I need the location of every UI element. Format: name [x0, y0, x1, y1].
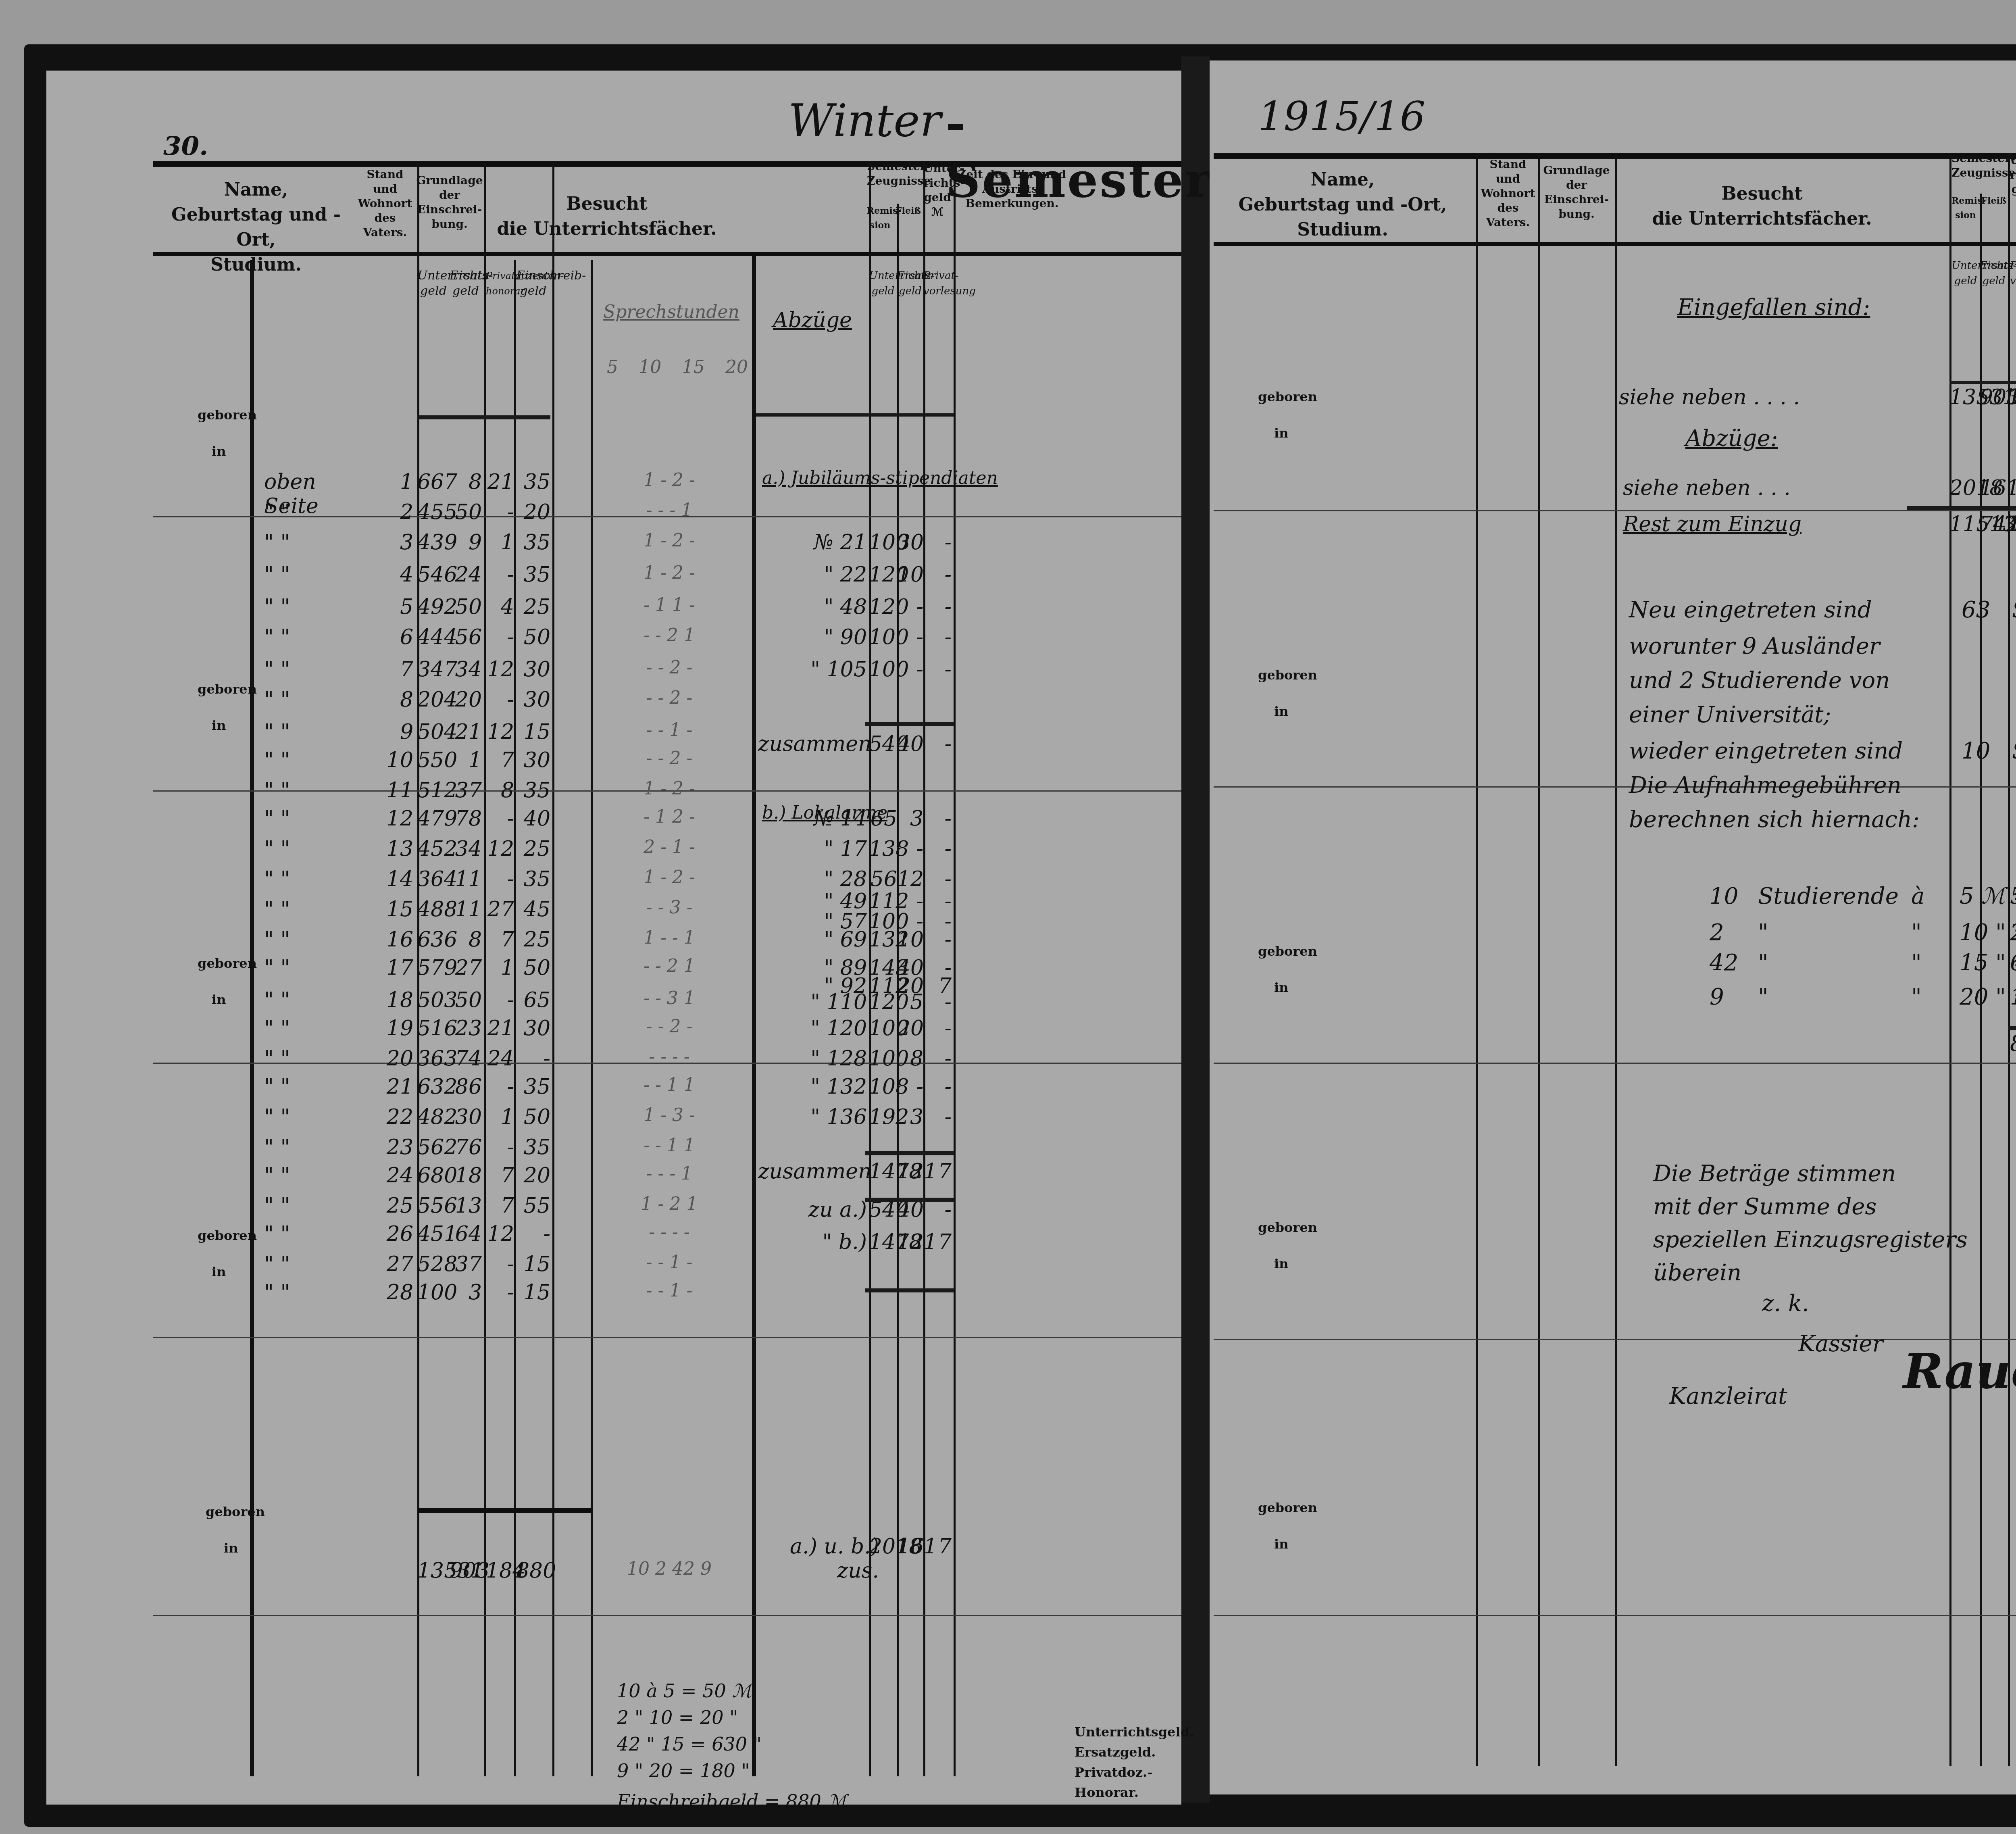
- abzug-no: " 136: [758, 1105, 867, 1129]
- abzug-p: -: [923, 1105, 952, 1129]
- abzug-no: " 110: [758, 990, 867, 1014]
- abzug-row: zusammen14781217: [46, 1159, 1181, 1188]
- col-header-besucht: Besuchtdie Unterrichtsfächer.: [486, 192, 728, 242]
- eingefallen-title: Eingefallen sind:: [1677, 294, 1870, 321]
- abzug-p: -: [923, 530, 952, 554]
- col-header-fleiss: Fleiß: [1980, 194, 2008, 208]
- summary-head-rule: [1949, 381, 2016, 384]
- fees-total: 880 ℳ.: [2010, 1030, 2016, 1057]
- group-rule: [1214, 510, 2016, 511]
- totals-rule: [417, 1508, 591, 1513]
- cell-s: 20: [516, 500, 550, 524]
- abzug-p: -: [923, 595, 952, 619]
- summary-subtract-rule: [1907, 506, 2016, 510]
- subhead-einschreibgeld: Einschreib-geld: [516, 268, 550, 299]
- cell-s: 15: [516, 1280, 550, 1305]
- cell-e: 37: [450, 778, 482, 802]
- abzuege-col-e: Ersatz-geld: [897, 268, 923, 299]
- abzug-p: 7: [923, 1230, 952, 1254]
- abzug-u: 120: [869, 563, 897, 587]
- abzug-e: 121: [897, 1159, 923, 1184]
- abzug-no: " 69: [758, 927, 867, 952]
- abzug-p: -: [923, 1075, 952, 1099]
- cell-pencil-hours: - - 1 -: [595, 1280, 744, 1301]
- label-in: in: [1274, 980, 1288, 995]
- abzug-no: " 105: [758, 657, 867, 681]
- fee-sum: 20 ": [2010, 919, 2016, 946]
- label-geboren: geboren: [198, 407, 257, 423]
- cell-n: 11: [365, 778, 413, 802]
- group-rule: [153, 1615, 1181, 1616]
- col-header-grundlage: GrundlagederEinschrei-bung.: [415, 173, 484, 231]
- abzug-row: " 105100--: [46, 657, 1181, 686]
- academic-year: 1915/16: [1258, 93, 1425, 140]
- abzug-sum-rule: [865, 1151, 954, 1155]
- abzug-label: zu a.): [758, 1198, 867, 1222]
- fee-at: à: [1911, 883, 1924, 909]
- group-rule: [1214, 1339, 2016, 1340]
- abzuege-col-p: Privat-vorlesung: [923, 268, 954, 299]
- left-page: 30. Winter -Semester Name,Geburtstag und…: [46, 71, 1181, 1805]
- fee-sum: 50 ℳ.: [2010, 883, 2016, 909]
- col-header-name: Name,Geburtstag und -Ort,Studium.: [1218, 167, 1468, 242]
- totals-row: 13531 903 184 880 10 2 42 9: [46, 1559, 1181, 1588]
- fee-count: 10: [1710, 883, 1738, 909]
- abzug-p: 7: [923, 1159, 952, 1184]
- page-number: 30.: [163, 131, 208, 161]
- group-rule: [153, 1337, 1181, 1338]
- label-geboren: geboren: [1258, 1220, 1317, 1235]
- abzug-e: -: [897, 837, 923, 861]
- group-rule: [1214, 1615, 2016, 1616]
- abzug-e: -: [897, 625, 923, 649]
- cell-s: 35: [516, 470, 550, 494]
- label-in: in: [1274, 704, 1288, 719]
- note-line: und 2 Studierende von: [1629, 667, 1890, 694]
- fee-at: ": [1911, 950, 1922, 976]
- abzug-u: 120: [869, 595, 897, 619]
- abzug-e: 20: [897, 1016, 923, 1040]
- col-header-zeit: Zeit des Ein- undAustritts.Bemerkungen.: [954, 167, 1070, 211]
- fee-count: 2: [1710, 919, 1724, 946]
- abzug-p: -: [923, 990, 952, 1014]
- abzug-u: 100: [869, 657, 897, 681]
- fee-label: ": [1758, 950, 1768, 976]
- abzug-e: -: [897, 595, 923, 619]
- abzug-e: 40: [897, 732, 923, 756]
- note-line: einer Universität;: [1629, 702, 1831, 728]
- abzug-no: " 17: [758, 837, 867, 861]
- note-line: berechnen sich hiernach:: [1629, 807, 1920, 833]
- cell-u: 667: [417, 470, 450, 494]
- label-in: in: [1274, 425, 1288, 441]
- cell-s: 35: [516, 778, 550, 802]
- abzug-e: 30: [897, 530, 923, 554]
- cell-p: -: [486, 1135, 514, 1159]
- abzug-label: " b.): [758, 1230, 867, 1254]
- col-line: [1980, 194, 1982, 1766]
- note-count: 63: [1962, 597, 1990, 623]
- abzug-e: 12: [897, 867, 923, 891]
- abzug-e: 10: [897, 563, 923, 587]
- fee-count: 9: [1710, 984, 1724, 1010]
- abzug-u: 2018: [869, 1534, 897, 1559]
- abzug-sum-rule: [865, 1198, 954, 1202]
- cell-pencil-hours: - - 1 1: [595, 1135, 744, 1156]
- cell-pencil-hours: 1 - 2 -: [595, 470, 744, 490]
- note-line: Neu eingetreten sind: [1629, 597, 1872, 623]
- cell-p: 8: [486, 778, 514, 802]
- signature: Rauch: [1903, 1343, 2016, 1400]
- abzug-row: " b.)14781217: [46, 1230, 1181, 1259]
- cell-e: 3: [450, 1280, 482, 1305]
- col-header-name: Name,Geburtstag und -Ort,Studium.: [155, 177, 357, 277]
- signoff-zk: z. k.: [1762, 1290, 1809, 1317]
- abzug-u: 100: [869, 625, 897, 649]
- footer-labels: Unterrichtsgeld.Ersatzgeld.Privatdoz.-Ho…: [1075, 1722, 1194, 1823]
- book-spine: [1181, 56, 1210, 1803]
- abzug-p: -: [923, 837, 952, 861]
- cell-e: 20: [450, 688, 482, 712]
- cell-u: 204: [417, 688, 450, 712]
- abzug-no: " 128: [758, 1046, 867, 1071]
- cell-p: -: [486, 688, 514, 712]
- label-in: in: [1274, 1256, 1288, 1271]
- fee-count: 42: [1710, 950, 1738, 976]
- fee-subhead-rule: [417, 415, 550, 419]
- abzug-u: 132: [869, 927, 897, 952]
- col-header-zeugnisse: Semester-Zeugnisse: [1951, 151, 2008, 180]
- cell-prefix: " ": [264, 500, 365, 524]
- cell-e: 76: [450, 1135, 482, 1159]
- pencil-scale: 5101520: [607, 357, 748, 377]
- abzug-no: " 132: [758, 1075, 867, 1099]
- fee-rate: 5 ℳ =: [1960, 883, 2016, 909]
- abzug-u: 108: [869, 1075, 897, 1099]
- abzug-row: " 1281008-: [46, 1046, 1181, 1075]
- abzug-e: 121: [897, 1230, 923, 1254]
- cell-e: 50: [450, 500, 482, 524]
- note-line: wieder eingetreten sind: [1629, 738, 1903, 764]
- cell-s: 30: [516, 688, 550, 712]
- abzuege-title: Abzüge: [760, 313, 865, 328]
- signoff-kassier: Kassier: [1798, 1331, 1883, 1357]
- pencil-sprechstunden: Sprechstunden: [595, 304, 748, 320]
- abzug-row: " 132108--: [46, 1075, 1181, 1104]
- table-row: " "820420-30- - 2 -: [46, 688, 1181, 717]
- abzug-sum-rule: [865, 1288, 954, 1292]
- abzug-u: 100: [869, 530, 897, 554]
- abzug-u: 100: [869, 1046, 897, 1071]
- note-line: worunter 9 Ausländer: [1629, 633, 1880, 659]
- col-header-remission: Remis-sion: [1951, 194, 1980, 223]
- col-header-stand: StandundWohnortdesVaters.: [1478, 157, 1538, 230]
- abzug-row: " 17138--: [46, 837, 1181, 866]
- summary-line-collected: siehe neben . . . . 13531 903 184: [1210, 385, 2016, 414]
- cell-prefix: " ": [264, 688, 365, 712]
- summary-col-u: Unterrichts-geld: [1951, 258, 1980, 289]
- abzug-row: " 90100--: [46, 625, 1181, 654]
- cell-p: -: [486, 500, 514, 524]
- cell-u: 100: [417, 1280, 450, 1305]
- cell-u: 562: [417, 1135, 450, 1159]
- table-row: " "245550-20- - - 1: [46, 500, 1181, 529]
- abzug-no: " 120: [758, 1016, 867, 1040]
- fee-rate: 20 " =: [1960, 984, 2016, 1010]
- abzug-p: -: [923, 807, 952, 831]
- cell-e: 8: [450, 470, 482, 494]
- abzuege-subhead-rule: [756, 413, 954, 417]
- label-in: in: [1274, 1536, 1288, 1552]
- abzug-no: " 28: [758, 867, 867, 891]
- cell-prefix: " ": [264, 1135, 365, 1159]
- note-unit: Studierende,: [2012, 597, 2016, 623]
- table-row: oben Seite1667821351 - 2 -: [46, 470, 1181, 499]
- abzug-no: № 21: [758, 530, 867, 554]
- col-header-unterrichtsgeld: Unter-richts-geldℳ: [2010, 153, 2016, 211]
- note-unit: Studierende.: [2012, 738, 2016, 764]
- abzug-e: -: [897, 657, 923, 681]
- note-count: 10: [1962, 738, 1990, 764]
- abzug-sum-rule: [865, 722, 954, 726]
- abzug-e: 5: [897, 990, 923, 1014]
- header-rule-top: [153, 161, 1181, 167]
- fee-rate: 10 " =: [1960, 919, 2016, 946]
- col-header-besucht: Besuchtdie Unterrichtsfächer.: [1621, 181, 1903, 231]
- abzug-row: " 6913210-: [46, 927, 1181, 957]
- attestation-text: Die Beträge stimmenmit der Summe desspez…: [1653, 1157, 1968, 1290]
- abzug-p: -: [923, 563, 952, 587]
- abzug-row: " 1361923-: [46, 1105, 1181, 1134]
- abzug-p: -: [923, 732, 952, 756]
- abzug-row: zu a.)54040-: [46, 1198, 1181, 1227]
- fee-sum: 180 ": [2010, 984, 2016, 1010]
- cell-n: 28: [365, 1280, 413, 1305]
- abzug-u: 192: [869, 1105, 897, 1129]
- col-header-zeugnisse: Semester-Zeugnisse: [867, 159, 921, 188]
- abzug-p: -: [923, 927, 952, 952]
- label-geboren: geboren: [1258, 667, 1317, 683]
- col-header-unterrichtsgeld: Unter-richts-geldℳ: [923, 161, 952, 219]
- abzug-row: zusammen54040-: [46, 732, 1181, 761]
- fees-sum-rule: [2008, 1026, 2016, 1030]
- cell-n: 23: [365, 1135, 413, 1159]
- label-in: in: [212, 444, 226, 459]
- fee-rate: 15 " =: [1960, 950, 2016, 976]
- cell-prefix: " ": [264, 1280, 365, 1305]
- abzug-no: " 48: [758, 595, 867, 619]
- einschreib-calc: 10 à 5 = 50 ℳ2 " 10 = 20 "42 " 15 = 630 …: [617, 1678, 847, 1815]
- abzug-p: 7: [923, 1534, 952, 1559]
- abzuege-col-u: Unterrichts-geld: [869, 268, 897, 299]
- semester-handwritten: Winter: [788, 95, 941, 146]
- fee-label: ": [1758, 919, 1768, 946]
- summary-col-p: Privat-vorlesung: [2010, 258, 2016, 289]
- note-line: Die Aufnahmegebühren: [1629, 772, 1901, 798]
- cell-pencil-hours: - - - 1: [595, 500, 744, 521]
- subhead-unterrichtsgeld: Unterrichts-geld: [417, 268, 450, 299]
- abzug-section-title: a.) Jubiläums-stipendiaten: [762, 468, 998, 488]
- cell-n: 8: [365, 688, 413, 712]
- abzug-row: " 48120--: [46, 595, 1181, 624]
- abzug-u: 120: [869, 990, 897, 1014]
- fee-sum: 630 ": [2010, 950, 2016, 976]
- abzug-u: 138: [869, 837, 897, 861]
- abzug-row: " 2212010-: [46, 563, 1181, 592]
- subhead-ersatzgeld: Ersatz-geld: [450, 268, 482, 299]
- abzug-no: " 22: [758, 563, 867, 587]
- summary-line-remainder: Rest zum Einzug 11513 742 177: [1210, 512, 2016, 541]
- col-header-stand: StandundWohnortdesVaters.: [357, 167, 413, 240]
- table-row: " "281003-15- - 1 -: [46, 1280, 1181, 1309]
- abzug-u: 65: [869, 807, 897, 831]
- cell-u: 455: [417, 500, 450, 524]
- abzug-e: 8: [897, 1046, 923, 1071]
- summary-abzuege-title: Abzüge:: [1685, 425, 1778, 452]
- abzug-no: № 14: [758, 807, 867, 831]
- fee-at: ": [1911, 984, 1922, 1010]
- cell-pencil-hours: - - 2 -: [595, 688, 744, 708]
- abzug-e: 3: [897, 807, 923, 831]
- abzug-row: " 1101205-: [46, 990, 1181, 1019]
- abzug-no: " 90: [758, 625, 867, 649]
- signoff-kanzleirat: Kanzleirat: [1669, 1383, 1787, 1409]
- fee-at: ": [1911, 919, 1922, 946]
- abzug-label: zusammen: [758, 1159, 867, 1184]
- abzug-u: 56: [869, 867, 897, 891]
- cell-s: 35: [516, 1135, 550, 1159]
- abzug-u: 1478: [869, 1230, 897, 1254]
- cell-prefix: " ": [264, 778, 365, 802]
- cell-p: 21: [486, 470, 514, 494]
- abzug-p: -: [923, 1016, 952, 1040]
- abzug-p: -: [923, 1046, 952, 1071]
- right-page: 1915/16 31 Name,Geburtstag und -Ort,Stud…: [1210, 60, 2016, 1794]
- abzug-u: 540: [869, 732, 897, 756]
- cell-pencil-hours: 1 - 2 -: [595, 778, 744, 799]
- label-geboren: geboren: [1258, 944, 1317, 959]
- abzug-p: -: [923, 867, 952, 891]
- abzug-p: -: [923, 657, 952, 681]
- table-row: " "11512378351 - 2 -: [46, 778, 1181, 807]
- label-geboren: geboren: [1258, 1500, 1317, 1515]
- group-rule: [1214, 1063, 2016, 1064]
- abzug-p: -: [923, 625, 952, 649]
- subhead-privatdozent: Privatdozenten-honorar: [486, 268, 514, 299]
- fee-label: ": [1758, 984, 1768, 1010]
- abzug-e: -: [897, 1075, 923, 1099]
- abzug-label: zusammen: [758, 732, 867, 756]
- cell-n: 1: [365, 470, 413, 494]
- cell-n: 2: [365, 500, 413, 524]
- summary-col-e: Ersatz-geld: [1980, 258, 2008, 289]
- abzug-row: № 2110030-: [46, 530, 1181, 559]
- abzug-e: 3: [897, 1105, 923, 1129]
- abzug-u: 100: [869, 1016, 897, 1040]
- label-geboren: geboren: [206, 1504, 265, 1519]
- col-header-grundlage: GrundlagederEinschrei-bung.: [1540, 163, 1613, 221]
- cell-u: 512: [417, 778, 450, 802]
- cell-p: -: [486, 1280, 514, 1305]
- abzug-e: 161: [897, 1534, 923, 1559]
- abzug-row: № 14653-: [46, 807, 1181, 836]
- fee-label: Studierende: [1758, 883, 1899, 909]
- summary-line-deductions: siehe neben . . . 2018 161 7: [1210, 476, 2016, 505]
- abzug-row: " 12010020-: [46, 1016, 1181, 1045]
- abzug-e: 10: [897, 927, 923, 952]
- abzug-u: 1478: [869, 1159, 897, 1184]
